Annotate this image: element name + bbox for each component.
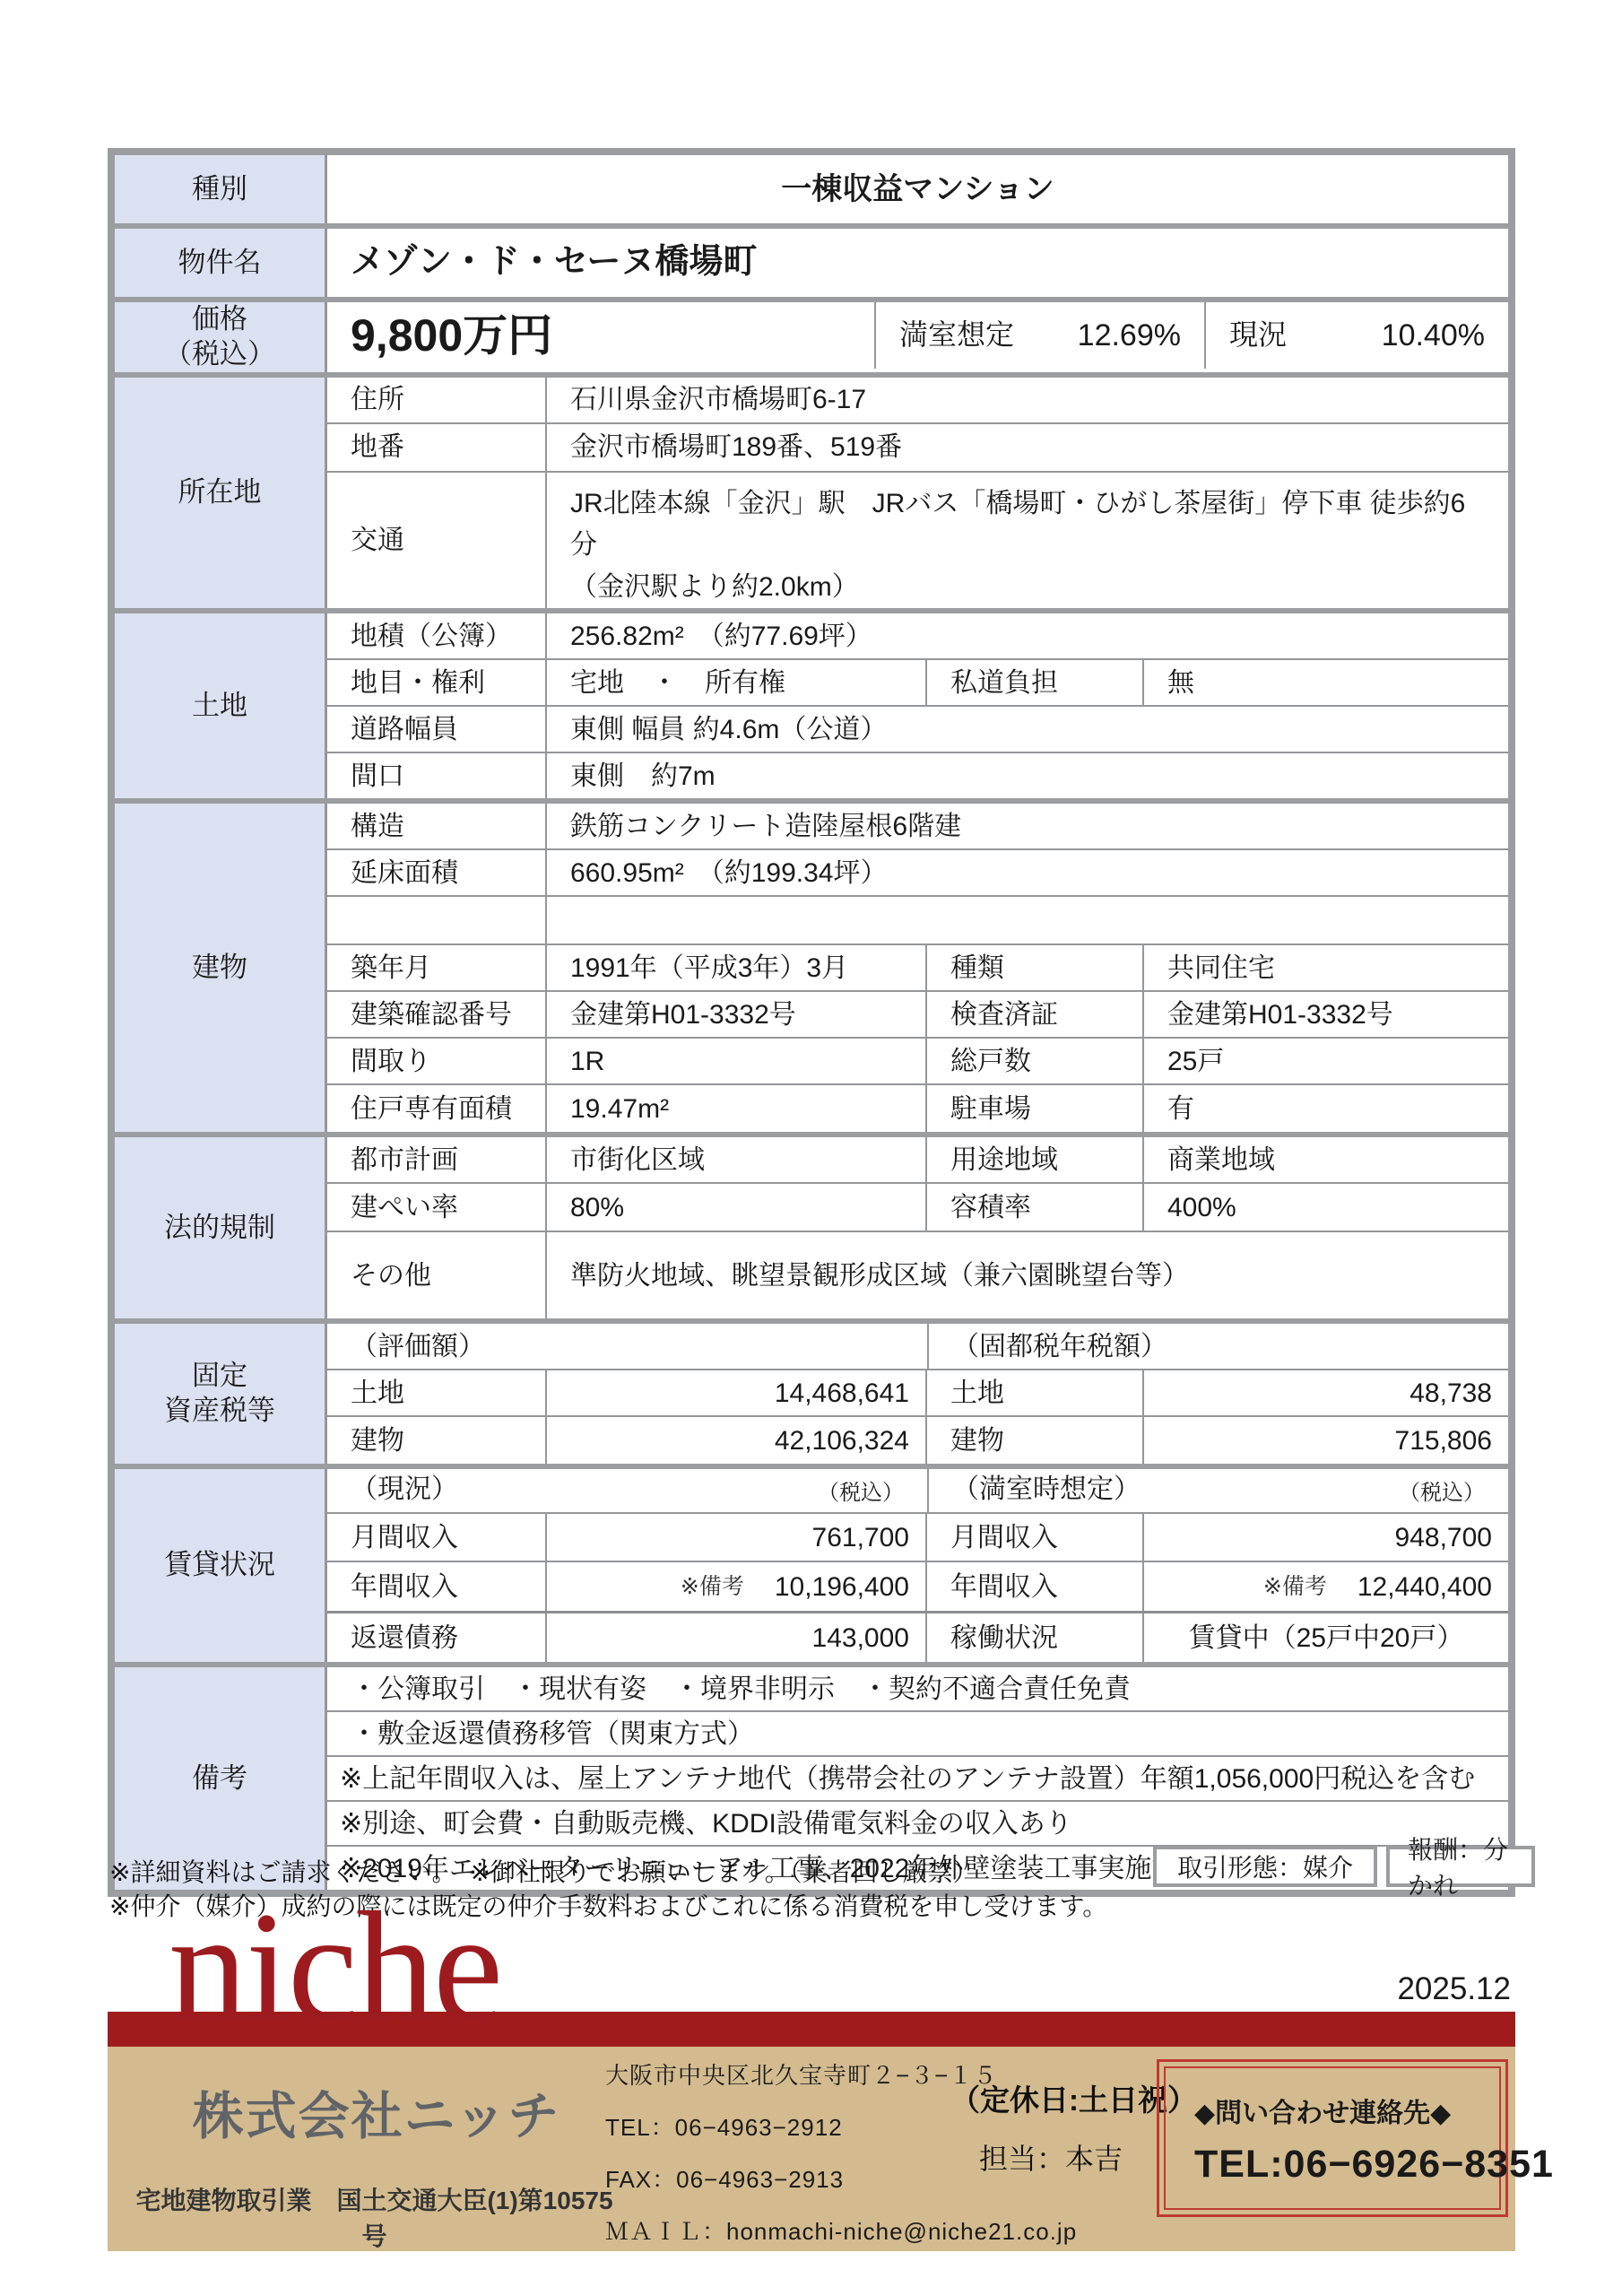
section-name: 物件名 メゾン・ド・セーヌ橋場町 bbox=[115, 223, 1508, 297]
tax-label: 固定 資産税等 bbox=[115, 1324, 327, 1464]
annual-income-full-label: 年間収入 bbox=[925, 1562, 1142, 1611]
road-width-label: 道路幅員 bbox=[327, 707, 545, 752]
land-area-value: 256.82m² （約77.69坪） bbox=[545, 613, 1508, 658]
parking-value: 有 bbox=[1142, 1085, 1508, 1132]
note-item: ・敷金返還債務移管（関東方式） bbox=[327, 1712, 1508, 1755]
niche-logo: niche bbox=[169, 1889, 501, 2047]
current-yield: 現況 10.40% bbox=[1204, 302, 1508, 369]
tax-annual-header: （固都税年税額） bbox=[927, 1324, 1508, 1369]
property-sheet-page: 種別 一棟収益マンション 物件名 メゾン・ド・セーヌ橋場町 価格 （税込） 9,… bbox=[0, 0, 1622, 2296]
monthly-income-full-label: 月間収入 bbox=[925, 1514, 1142, 1561]
confirmation-number-value: 金建第H01-3332号 bbox=[545, 992, 925, 1037]
section-legal: 法的規制 都市計画 市街化区域 用途地域 商業地域 建ぺい率 80% 容積率 4… bbox=[115, 1132, 1508, 1318]
tax-eval-header: （評価額） bbox=[327, 1324, 927, 1369]
deposit-refund-value: 143,000 bbox=[545, 1613, 925, 1662]
section-land: 土地 地積（公簿） 256.82m² （約77.69坪） 地目・権利 宅地 ・ … bbox=[115, 608, 1508, 798]
current-yield-value: 10.40% bbox=[1382, 316, 1485, 355]
section-location: 所在地 住所 石川県金沢市橋場町6-17 地番 金沢市橋場町189番、519番 … bbox=[115, 372, 1508, 609]
monthly-income-current-value: 761,700 bbox=[545, 1514, 925, 1561]
section-price: 価格 （税込） 9,800万円 満室想定 12.69% 現況 10.40% bbox=[115, 297, 1508, 372]
structure-label: 構造 bbox=[327, 804, 545, 848]
section-type: 種別 一棟収益マンション bbox=[115, 155, 1508, 223]
confirmation-number-label: 建築確認番号 bbox=[327, 992, 545, 1037]
building-kind-value: 共同住宅 bbox=[1142, 945, 1508, 990]
coverage-ratio-label: 建ぺい率 bbox=[327, 1184, 545, 1231]
unit-area-value: 19.47m² bbox=[545, 1085, 925, 1132]
section-tax: 固定 資産税等 （評価額） （固都税年税額） 土地 14,468,641 土地 … bbox=[115, 1318, 1508, 1464]
building-kind-label: 種類 bbox=[925, 945, 1142, 990]
lot-number-value: 金沢市橋場町189番、519番 bbox=[545, 424, 1508, 471]
total-units-value: 25戸 bbox=[1142, 1039, 1508, 1083]
tax-land-annual-value: 48,738 bbox=[1142, 1370, 1508, 1415]
property-table: 種別 一棟収益マンション 物件名 メゾン・ド・セーヌ橋場町 価格 （税込） 9,… bbox=[108, 148, 1515, 1897]
legal-other-label: その他 bbox=[327, 1232, 545, 1318]
deposit-refund-label: 返還債務 bbox=[327, 1613, 545, 1662]
inquiry-box: ◆問い合わせ連絡先◆ TEL:06−6926−8351 bbox=[1157, 2059, 1508, 2217]
land-area-label: 地積（公簿） bbox=[327, 613, 545, 658]
full-occupancy-yield-label: 満室想定 bbox=[899, 317, 1014, 354]
address-label: 住所 bbox=[327, 378, 545, 422]
type-label: 種別 bbox=[115, 155, 327, 223]
total-units-label: 総戸数 bbox=[925, 1039, 1142, 1083]
full-occupancy-yield: 満室想定 12.69% bbox=[874, 302, 1204, 369]
location-label: 所在地 bbox=[115, 378, 327, 609]
city-planning-label: 都市計画 bbox=[327, 1137, 545, 1182]
floor-area-label: 延床面積 bbox=[327, 850, 545, 895]
layout-value: 1R bbox=[545, 1039, 925, 1083]
inspection-cert-value: 金建第H01-3332号 bbox=[1142, 992, 1508, 1037]
tax-building-eval-value: 42,106,324 bbox=[545, 1417, 925, 1464]
legal-other-value: 準防火地域、眺望景観形成区域（兼六園眺望台等） bbox=[545, 1232, 1508, 1318]
access-value: JR北陸本線「金沢」駅 JRバス「橋場町・ひがし茶屋街」停下車 徒歩約6分 （金… bbox=[545, 473, 1508, 609]
occupancy-status-label: 稼働状況 bbox=[925, 1613, 1142, 1662]
frontage-label: 間口 bbox=[327, 753, 545, 798]
parking-label: 駐車場 bbox=[925, 1085, 1142, 1132]
tax-building-annual-value: 715,806 bbox=[1142, 1417, 1508, 1464]
inquiry-box-inner: ◆問い合わせ連絡先◆ TEL:06−6926−8351 bbox=[1164, 2066, 1501, 2210]
floor-area-ratio-value: 400% bbox=[1142, 1184, 1508, 1231]
publication-date: 2025.12 bbox=[1300, 1971, 1511, 2007]
frontage-value: 東側 約7m bbox=[545, 753, 1508, 798]
note-item: ・公簿取引 ・現状有姿 ・境界非明示 ・契約不適合責任免責 bbox=[327, 1667, 1508, 1710]
price-label: 価格 （税込） bbox=[115, 302, 327, 372]
company-name: 株式会社ニッチ bbox=[157, 2075, 596, 2149]
coverage-ratio-value: 80% bbox=[545, 1184, 925, 1231]
annual-income-full-value: ※備考 12,440,400 bbox=[1142, 1562, 1508, 1611]
tax-building-eval-label: 建物 bbox=[327, 1417, 545, 1464]
legal-label: 法的規制 bbox=[115, 1137, 327, 1318]
monthly-income-current-label: 月間収入 bbox=[327, 1514, 545, 1561]
city-planning-value: 市街化区域 bbox=[545, 1137, 925, 1182]
rent-full-header: （満室時想定） （税込） bbox=[927, 1469, 1508, 1512]
address-value: 石川県金沢市橋場町6-17 bbox=[545, 378, 1508, 422]
unit-area-label: 住戸専有面積 bbox=[327, 1085, 545, 1132]
building-empty-cell bbox=[327, 897, 545, 944]
property-name-value: メゾン・ド・セーヌ橋場町 bbox=[327, 229, 1508, 297]
occupancy-status-value: 賃貸中（25戸中20戸） bbox=[1142, 1613, 1508, 1662]
annual-income-current-label: 年間収入 bbox=[327, 1562, 545, 1611]
deal-type-box: 取引形態：媒介 bbox=[1153, 1846, 1377, 1887]
private-road-value: 無 bbox=[1142, 660, 1508, 705]
annual-income-current-value: ※備考 10,196,400 bbox=[545, 1562, 925, 1611]
lot-number-label: 地番 bbox=[327, 424, 545, 471]
zoning-label: 用途地域 bbox=[925, 1137, 1142, 1182]
company-footer: 株式会社ニッチ 宅地建物取引業 国土交通大臣(1)第10575号 大阪市中央区北… bbox=[108, 2047, 1515, 2251]
tax-land-eval-label: 土地 bbox=[327, 1370, 545, 1415]
floor-area-value: 660.95m² （約199.34坪） bbox=[545, 850, 1508, 895]
deal-boxes: 取引形態：媒介 報酬：分かれ bbox=[1153, 1846, 1535, 1887]
tax-land-eval-value: 14,468,641 bbox=[545, 1370, 925, 1415]
inspection-cert-label: 検査済証 bbox=[925, 992, 1142, 1037]
land-label: 土地 bbox=[115, 613, 327, 798]
monthly-income-full-value: 948,700 bbox=[1142, 1514, 1508, 1561]
contact-person: 担当：本吉 bbox=[979, 2136, 1123, 2178]
tax-land-annual-label: 土地 bbox=[925, 1370, 1142, 1415]
building-label: 建物 bbox=[115, 804, 327, 1132]
built-date-value: 1991年（平成3年）3月 bbox=[545, 945, 925, 990]
built-date-label: 築年月 bbox=[327, 945, 545, 990]
full-occupancy-yield-value: 12.69% bbox=[1078, 316, 1181, 355]
current-yield-label: 現況 bbox=[1229, 317, 1287, 354]
zoning-value: 商業地域 bbox=[1142, 1137, 1508, 1182]
road-width-value: 東側 幅員 約4.6m（公道） bbox=[545, 707, 1508, 752]
floor-area-ratio-label: 容積率 bbox=[925, 1184, 1142, 1231]
company-mail: ＭＡＩＬ：honmachi-niche@niche21.co.jp bbox=[605, 2213, 1077, 2247]
structure-value: 鉄筋コンクリート造陸屋根6階建 bbox=[545, 804, 1508, 848]
land-category-value: 宅地 ・ 所有権 bbox=[545, 660, 925, 705]
land-category-label: 地目・権利 bbox=[327, 660, 545, 705]
fee-box: 報酬：分かれ bbox=[1386, 1846, 1535, 1887]
layout-label: 間取り bbox=[327, 1039, 545, 1083]
section-rent: 賃貸状況 （現況） （税込） （満室時想定） （税込） 月間収入 761,700… bbox=[115, 1464, 1508, 1662]
type-value: 一棟収益マンション bbox=[327, 155, 1508, 223]
inquiry-title: ◆問い合わせ連絡先◆ bbox=[1194, 2091, 1499, 2130]
name-label: 物件名 bbox=[115, 229, 327, 297]
note-item: ※上記年間収入は、屋上アンテナ地代（携帯会社のアンテナ設置）年額1,056,00… bbox=[327, 1757, 1508, 1800]
tax-building-annual-label: 建物 bbox=[925, 1417, 1142, 1464]
note-item: ※別途、町会費・自動販売機、KDDI設備電気料金の収入あり bbox=[327, 1802, 1508, 1845]
price-value: 9,800万円 bbox=[327, 302, 874, 369]
inquiry-tel: TEL:06−6926−8351 bbox=[1194, 2143, 1499, 2187]
company-license: 宅地建物取引業 国土交通大臣(1)第10575号 bbox=[130, 2181, 619, 2253]
building-empty-value bbox=[545, 897, 1508, 944]
rent-current-header: （現況） （税込） bbox=[327, 1469, 927, 1512]
private-road-label: 私道負担 bbox=[925, 660, 1142, 705]
section-building: 建物 構造 鉄筋コンクリート造陸屋根6階建 延床面積 660.95m² （約19… bbox=[115, 798, 1508, 1132]
rent-label: 賃貸状況 bbox=[115, 1469, 327, 1662]
access-label: 交通 bbox=[327, 473, 545, 609]
